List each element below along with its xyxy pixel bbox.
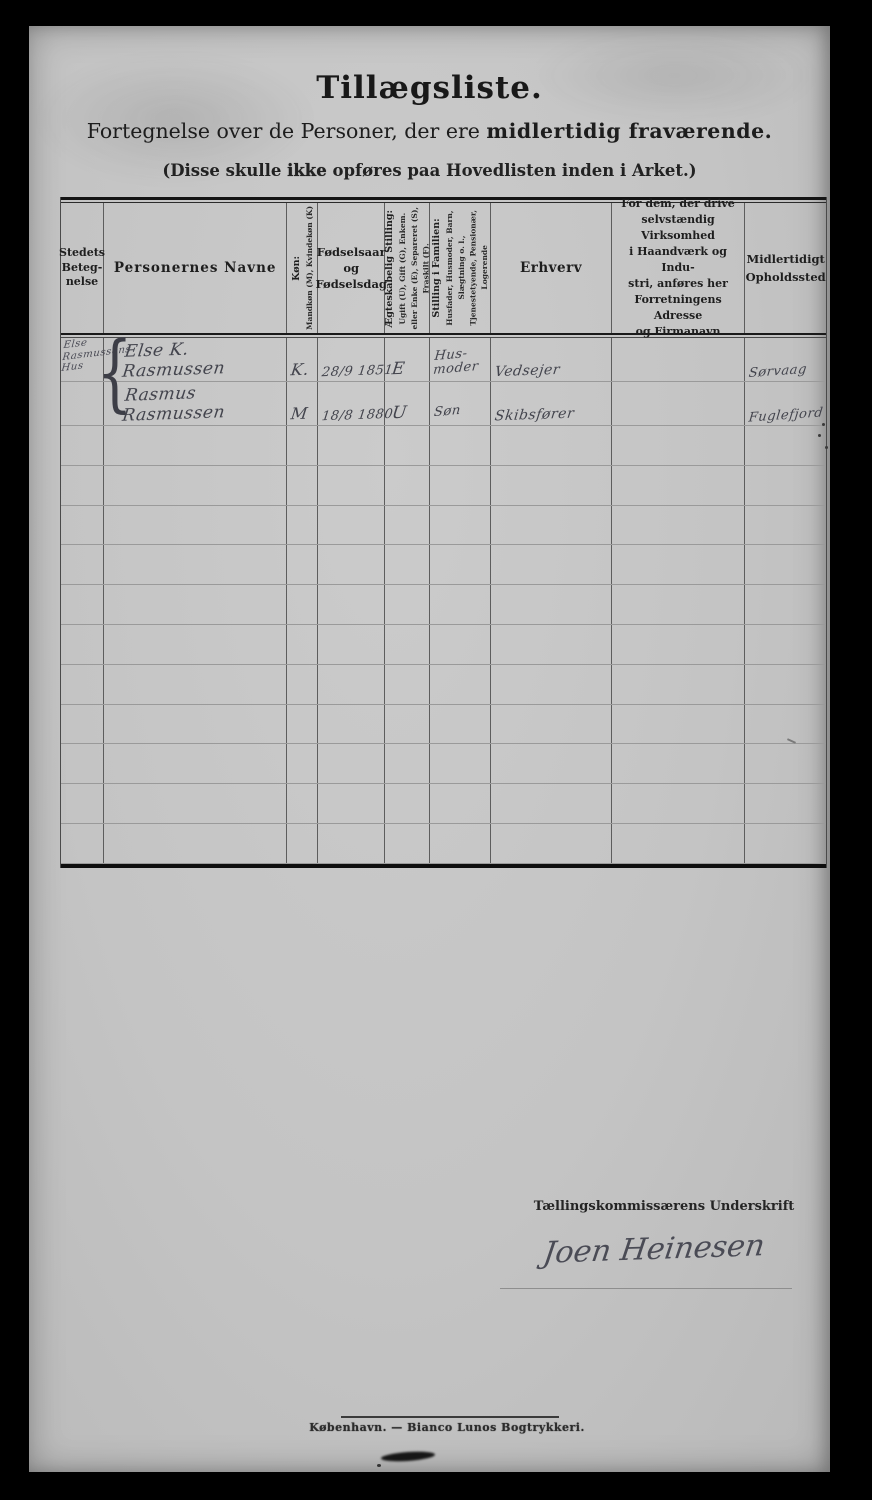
table-row-empty: [61, 466, 826, 506]
cell-ophold: [745, 744, 826, 783]
cell-navn: [104, 625, 288, 664]
cell-ophold: [745, 824, 826, 863]
cell-kon: K.: [287, 338, 318, 381]
handwritten-fodsel: 18/8 1880: [321, 407, 394, 424]
cell-stilling: [430, 585, 491, 624]
cell-fodsel: [318, 625, 385, 664]
table-body: Else Rasmussens Hus{Else K. RasmussenK.2…: [61, 338, 826, 864]
header-kon-vertical: Køn:Mandkøn (M), Kvindekøn (K): [289, 206, 316, 330]
page-subtitle: Fortegnelse over de Personer, der ere mi…: [29, 119, 830, 143]
cell-ophold: [745, 784, 826, 823]
cell-erhverv: [491, 784, 612, 823]
header-kon-sub: Mandkøn (M), Kvindekøn (K): [304, 206, 316, 330]
ink-smudge: [377, 1464, 381, 1467]
subtitle-text: Fortegnelse over de Personer, der ere: [87, 119, 487, 143]
cell-navn: [104, 585, 288, 624]
ink-dot: [822, 423, 825, 426]
cell-fodsel: [318, 585, 385, 624]
cell-ophold: [745, 426, 826, 465]
table-row-empty: [61, 705, 826, 745]
cell-aegteskab: [385, 426, 430, 465]
cell-sted: [61, 824, 104, 863]
cell-aegteskab: [385, 506, 430, 545]
commissioner-signature: Joen Heinesen: [455, 1225, 852, 1274]
cell-stilling: [430, 545, 491, 584]
cell-aegteskab: [385, 585, 430, 624]
table-row-empty: [61, 784, 826, 824]
cell-ophold: Fuglefjord: [745, 382, 826, 425]
cell-stilling: [430, 426, 491, 465]
header-kon: Køn:Mandkøn (M), Kvindekøn (K): [287, 203, 318, 333]
cell-adresse: [612, 338, 746, 381]
cell-ophold: [745, 545, 826, 584]
handwritten-navn: Else K. Rasmussen: [121, 336, 287, 382]
table-row-empty: [61, 625, 826, 665]
table-bottom-rule: [61, 864, 826, 868]
handwritten-aegteskab: U: [391, 403, 408, 424]
cell-adresse: [612, 784, 746, 823]
handwritten-erhverv: Vedsejer: [494, 362, 561, 380]
cell-aegteskab: [385, 744, 430, 783]
cell-erhverv: [491, 545, 612, 584]
header-erhverv: Erhverv: [491, 203, 612, 333]
cell-erhverv: [491, 466, 612, 505]
handwritten-navn: Rasmus Rasmussen: [121, 380, 287, 426]
printer-imprint: København. — Bianco Lunos Bogtrykkeri.: [287, 1421, 607, 1434]
cell-kon: [287, 824, 318, 863]
handwritten-kon: M: [290, 404, 309, 424]
note-text-suffix: opføres paa Hovedlisten inden i Arket.): [327, 161, 697, 180]
cell-erhverv: [491, 426, 612, 465]
cell-adresse: [612, 665, 746, 704]
table-row-entry: Else Rasmussens Hus{Else K. RasmussenK.2…: [61, 338, 826, 382]
cell-sted: [61, 784, 104, 823]
cell-adresse: [612, 824, 746, 863]
cell-ophold: [745, 466, 826, 505]
cell-adresse: [612, 545, 746, 584]
cell-stilling: Søn: [430, 382, 491, 425]
cell-aegteskab: [385, 705, 430, 744]
cell-navn: [104, 466, 288, 505]
ink-dot: [818, 434, 821, 437]
header-stilling-vertical: Stilling i Familien:Husfader, Husmoder, …: [429, 210, 491, 326]
cell-adresse: [612, 382, 746, 425]
table-row-empty: [61, 545, 826, 585]
cell-fodsel: [318, 506, 385, 545]
cell-aegteskab: [385, 824, 430, 863]
census-table: Stedets Beteg- nelse Personernes Navne K…: [60, 197, 827, 868]
cell-fodsel: [318, 784, 385, 823]
header-aegteskab-title: Ægteskabelig Stilling:: [382, 207, 397, 330]
cell-navn: [104, 506, 288, 545]
cell-ophold: [745, 625, 826, 664]
handwritten-ophold: Fuglefjord: [748, 405, 824, 425]
cell-aegteskab: U: [385, 382, 430, 425]
cell-fodsel: [318, 824, 385, 863]
header-aegteskab-vertical: Ægteskabelig Stilling:Ugift (U), Gift (G…: [382, 207, 432, 330]
header-fodselsaar: Fødselsaar og Fødselsdag: [318, 203, 385, 333]
table-header-row: Stedets Beteg- nelse Personernes Navne K…: [61, 203, 826, 333]
cell-ophold: [745, 585, 826, 624]
cell-erhverv: [491, 585, 612, 624]
note-text: (Disse skulle: [162, 161, 287, 180]
cell-aegteskab: [385, 784, 430, 823]
signature-label: Tællingskommissærens Underskrift: [469, 1199, 859, 1214]
cell-erhverv: [491, 506, 612, 545]
table-row-empty: [61, 824, 826, 864]
cell-erhverv: [491, 744, 612, 783]
cell-stilling: [430, 625, 491, 664]
cell-erhverv: [491, 625, 612, 664]
cell-navn: [104, 784, 288, 823]
page-title: Tillægsliste.: [29, 70, 830, 106]
header-stilling-sub: Husfader, Husmoder, Barn, Slægtning o. l…: [445, 210, 492, 326]
header-personernes-navne: Personernes Navne: [104, 203, 287, 333]
cell-stilling: [430, 824, 491, 863]
cell-kon: [287, 545, 318, 584]
cell-aegteskab: [385, 665, 430, 704]
cell-sted: [61, 744, 104, 783]
cell-aegteskab: [385, 625, 430, 664]
header-stilling-title: Stilling i Familien:: [429, 210, 444, 326]
cell-fodsel: 28/9 1851: [318, 338, 385, 381]
cell-sted: [61, 506, 104, 545]
cell-aegteskab: [385, 466, 430, 505]
note-bold-text: ikke: [287, 161, 327, 180]
cell-ophold: [745, 705, 826, 744]
cell-adresse: [612, 744, 746, 783]
handwritten-ophold: Sørvaag: [748, 362, 808, 381]
cell-stilling: [430, 665, 491, 704]
handwritten-erhverv: Skibsfører: [494, 406, 575, 425]
cell-kon: [287, 784, 318, 823]
footer-rule: [341, 1416, 559, 1418]
table-row-empty: [61, 744, 826, 784]
cell-aegteskab: [385, 545, 430, 584]
handwritten-aegteskab: E: [391, 359, 406, 379]
cell-adresse: [612, 466, 746, 505]
cell-kon: [287, 625, 318, 664]
handwritten-stilling: Søn: [433, 404, 461, 420]
cell-stilling: [430, 506, 491, 545]
cell-fodsel: [318, 545, 385, 584]
cell-kon: [287, 585, 318, 624]
table-row-entry: Rasmus RasmussenM18/8 1880USønSkibsfører…: [61, 382, 826, 426]
cell-erhverv: [491, 824, 612, 863]
page-note: (Disse skulle ikke opføres paa Hovedlist…: [29, 161, 830, 180]
ink-smudge: [381, 1450, 435, 1463]
header-stedets-betegnelse: Stedets Beteg- nelse: [61, 203, 104, 333]
cell-navn: [104, 545, 288, 584]
header-aegteskabelig-stilling: Ægteskabelig Stilling:Ugift (U), Gift (G…: [385, 203, 430, 333]
cell-adresse: [612, 426, 746, 465]
cell-fodsel: [318, 705, 385, 744]
table-row-empty: [61, 506, 826, 546]
cell-erhverv: Vedsejer: [491, 338, 612, 381]
cell-stilling: Hus- moder: [430, 338, 491, 381]
cell-navn: [104, 744, 288, 783]
cell-kon: [287, 426, 318, 465]
cell-kon: [287, 705, 318, 744]
cell-navn: [104, 426, 288, 465]
cell-sted: [61, 382, 104, 425]
cell-navn: {Else K. Rasmussen: [104, 338, 287, 381]
cell-kon: [287, 744, 318, 783]
cell-erhverv: Skibsfører: [491, 382, 612, 425]
cell-sted: [61, 705, 104, 744]
cell-kon: [287, 466, 318, 505]
cell-ophold: Sørvaag: [745, 338, 826, 381]
cell-adresse: [612, 506, 746, 545]
header-stilling-i-familien: Stilling i Familien:Husfader, Husmoder, …: [430, 203, 491, 333]
cell-stilling: [430, 705, 491, 744]
subtitle-bold-text: midlertidig fraværende.: [486, 119, 772, 143]
cell-fodsel: [318, 744, 385, 783]
cell-navn: [104, 824, 288, 863]
cell-sted: [61, 466, 104, 505]
cell-kon: [287, 506, 318, 545]
cell-ophold: [745, 665, 826, 704]
table-row-empty: [61, 426, 826, 466]
cell-stilling: [430, 744, 491, 783]
scan-background: { "page": { "title": "Tillægsliste.", "s…: [0, 0, 872, 1500]
handwritten-fodsel: 28/9 1851: [321, 363, 394, 380]
cell-kon: [287, 665, 318, 704]
document-page: Tillægsliste. Fortegnelse over de Person…: [29, 26, 830, 1472]
cell-sted: [61, 665, 104, 704]
table-row-empty: [61, 585, 826, 625]
handwritten-stilling: Hus- moder: [433, 346, 481, 377]
cell-kon: M: [287, 382, 318, 425]
cell-navn: [104, 705, 288, 744]
cell-sted: [61, 625, 104, 664]
cell-ophold: [745, 506, 826, 545]
cell-stilling: [430, 466, 491, 505]
ink-dot: [825, 446, 828, 449]
cell-fodsel: [318, 426, 385, 465]
cell-navn: [104, 665, 288, 704]
cell-stilling: [430, 784, 491, 823]
cell-adresse: [612, 705, 746, 744]
cell-erhverv: [491, 705, 612, 744]
cell-fodsel: 18/8 1880: [318, 382, 385, 425]
handwritten-kon: K.: [290, 360, 310, 380]
cell-adresse: [612, 625, 746, 664]
cell-aegteskab: E: [385, 338, 430, 381]
cell-fodsel: [318, 665, 385, 704]
header-aegteskab-sub: Ugift (U), Gift (G), Enkem. eller Enke (…: [397, 207, 432, 330]
table-row-empty: [61, 665, 826, 705]
header-midlertidigt-opholdssted: Midlertidigt Opholdssted: [745, 203, 826, 333]
header-virksomhed-adresse: For dem, der drive selvstændig Virksomhe…: [612, 203, 746, 333]
cell-sted: [61, 585, 104, 624]
cell-adresse: [612, 585, 746, 624]
cell-fodsel: [318, 466, 385, 505]
cell-navn: Rasmus Rasmussen: [104, 382, 287, 425]
signature-line: [500, 1288, 792, 1289]
cell-erhverv: [491, 665, 612, 704]
cell-sted: [61, 545, 104, 584]
header-kon-title: Køn:: [289, 206, 304, 330]
cell-sted: [61, 426, 104, 465]
